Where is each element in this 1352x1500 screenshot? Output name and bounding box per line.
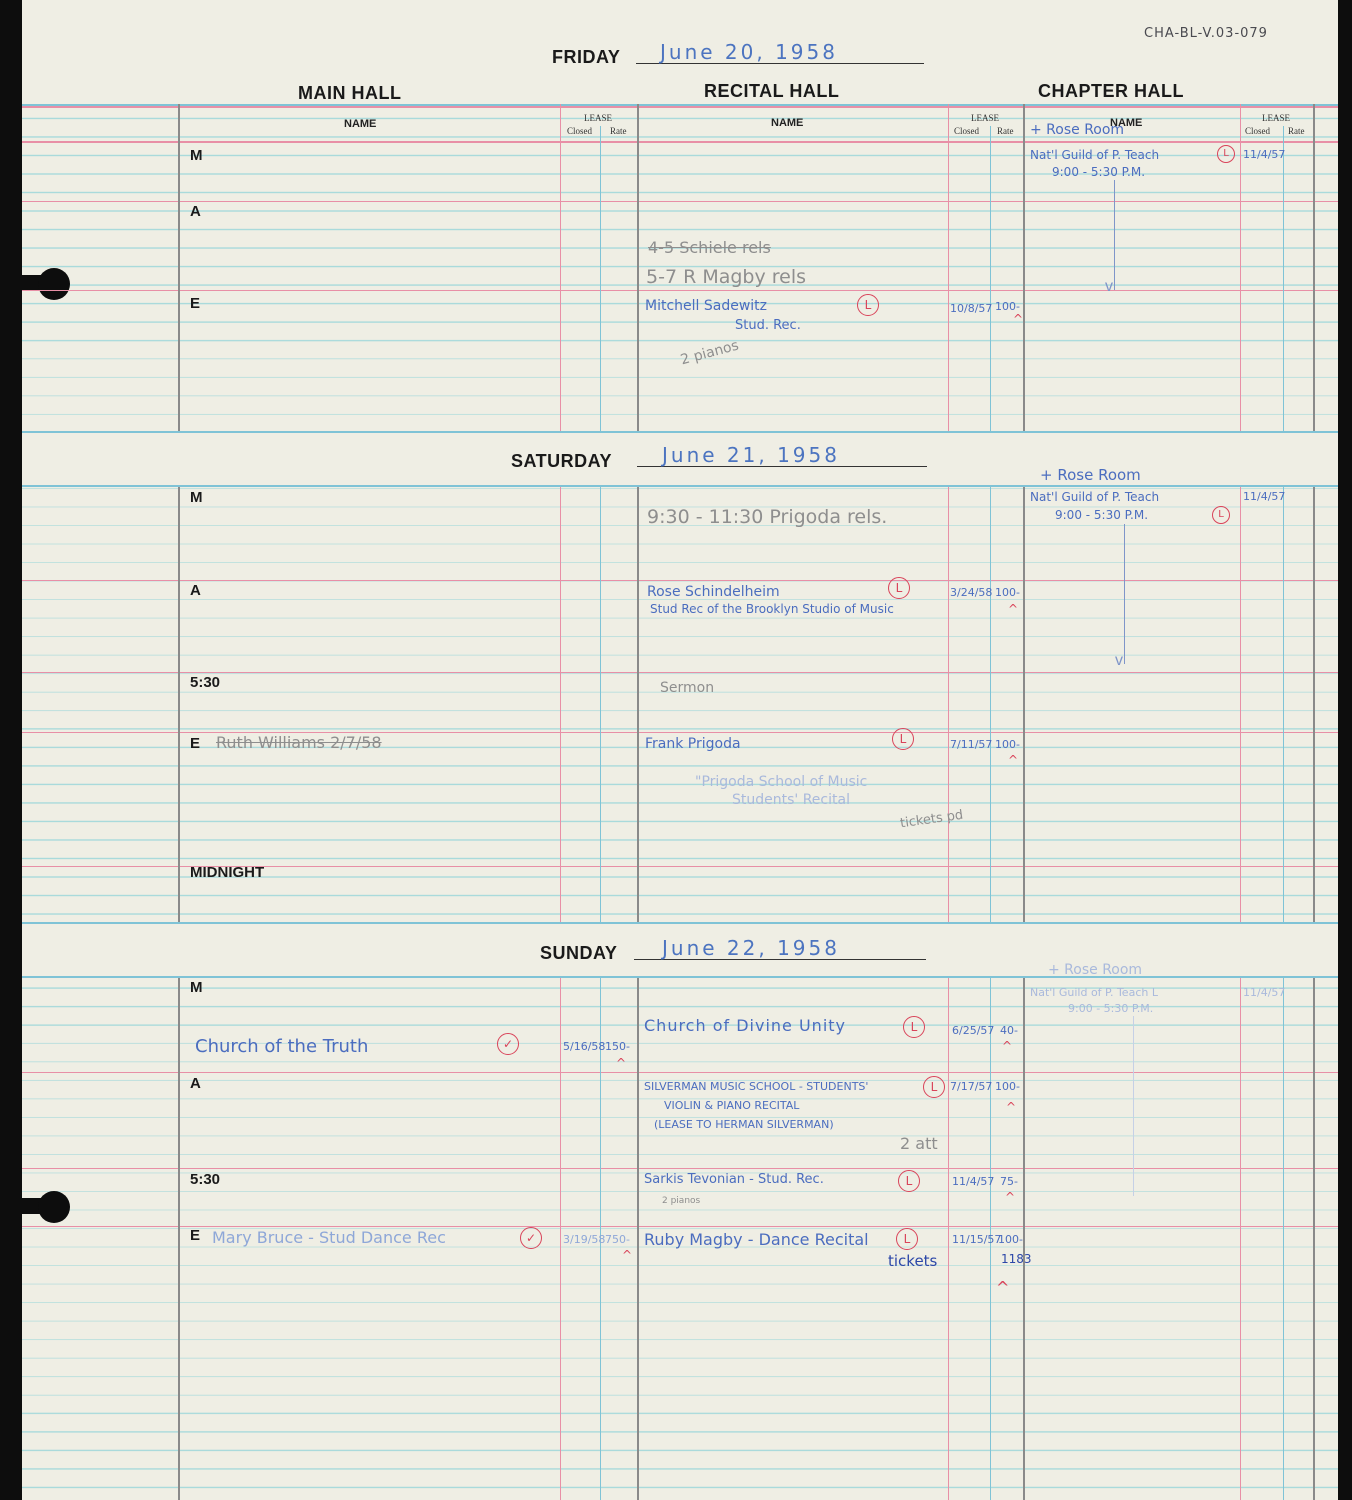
column-header-closed: Closed bbox=[1245, 126, 1270, 136]
time-label: MIDNIGHT bbox=[190, 864, 264, 881]
lease-closed: 11/4/57 bbox=[1243, 490, 1285, 503]
time-label: E bbox=[190, 295, 200, 312]
lease-closed: 7/17/57 bbox=[950, 1080, 992, 1093]
check-tick-icon: ^ bbox=[1008, 602, 1018, 616]
lease-closed: 11/15/57 bbox=[952, 1233, 1001, 1246]
booking-note: 2 pianos bbox=[662, 1196, 700, 1206]
time-label: 5:30 bbox=[190, 674, 220, 691]
lease-mark-icon: ✓ bbox=[520, 1227, 542, 1249]
booking-detail: Stud. Rec. bbox=[735, 318, 801, 333]
day-title-sunday: SUNDAY bbox=[540, 943, 617, 964]
booking-name: Ruby Magby - Dance Recital bbox=[644, 1230, 869, 1249]
column-header-lease: LEASE bbox=[971, 113, 999, 123]
time-label: E bbox=[190, 735, 200, 752]
booking-note: Ruth Williams 2/7/58 bbox=[216, 733, 382, 752]
time-label: E bbox=[190, 1227, 200, 1244]
date-friday: June 20, 1958 bbox=[660, 40, 838, 64]
hall-title-chapter: CHAPTER HALL bbox=[1038, 81, 1184, 102]
lease-rate: 750- bbox=[605, 1233, 630, 1246]
time-label: M bbox=[190, 147, 203, 164]
lease-closed: 11/4/57 bbox=[1243, 986, 1285, 999]
lease-rate: 100- bbox=[995, 1080, 1020, 1093]
check-tick-icon: ^ bbox=[1006, 1100, 1016, 1114]
rule bbox=[22, 106, 1338, 108]
lease-mark-icon: L bbox=[903, 1016, 925, 1038]
booking-note: 4-5 Schiele rels bbox=[648, 238, 771, 257]
time-label: A bbox=[190, 203, 201, 220]
lease-closed: 6/25/57 bbox=[952, 1024, 994, 1037]
lease-closed: 11/4/57 bbox=[1243, 148, 1285, 161]
booking-time: 9:00 - 5:30 P.M. bbox=[1055, 508, 1148, 522]
binder-hole-bottom bbox=[38, 1191, 70, 1223]
document-id: CHA-BL-V.03-079 bbox=[1144, 26, 1268, 41]
check-tick-icon: ^ bbox=[996, 1278, 1009, 1297]
lease-closed: 11/4/57 bbox=[952, 1175, 994, 1188]
hall-title-recital: RECITAL HALL bbox=[704, 81, 839, 102]
time-label: A bbox=[190, 582, 201, 599]
time-label: 5:30 bbox=[190, 1171, 220, 1188]
column-header-name: NAME bbox=[771, 117, 803, 129]
column-header-rate: Rate bbox=[1288, 126, 1305, 136]
lease-rate: 100- bbox=[998, 1233, 1023, 1246]
lease-mark-icon: L bbox=[857, 294, 879, 316]
booking-name: Church of the Truth bbox=[195, 1036, 368, 1057]
time-label: M bbox=[190, 979, 203, 996]
booking-detail: "Prigoda School of Music bbox=[695, 774, 867, 790]
lease-mark-icon: L bbox=[1212, 506, 1230, 524]
time-label: M bbox=[190, 489, 203, 506]
booking-name: Rose Schindelheim bbox=[647, 584, 780, 600]
booking-name: Mitchell Sadewitz bbox=[645, 298, 767, 314]
booking-note: Sermon bbox=[660, 680, 714, 696]
check-tick-icon: ^ bbox=[1005, 1190, 1015, 1204]
lease-closed: 3/24/58 bbox=[950, 586, 992, 599]
lease-closed: 10/8/57 bbox=[950, 302, 992, 315]
column-header-closed: Closed bbox=[567, 126, 592, 136]
column-header-lease: LEASE bbox=[584, 113, 612, 123]
lease-mark-icon: ✓ bbox=[497, 1033, 519, 1055]
hall-title-main: MAIN HALL bbox=[298, 83, 401, 104]
lease-rate: 100- bbox=[995, 586, 1020, 599]
check-tick-icon: ^ bbox=[616, 1056, 626, 1070]
arrow-down-icon: v bbox=[1115, 652, 1123, 670]
booking-name: Church of Divine Unity bbox=[644, 1016, 846, 1035]
booking-room: + Rose Room bbox=[1030, 122, 1124, 138]
continuation-arrow bbox=[1124, 524, 1125, 664]
booking-detail: (LEASE TO HERMAN SILVERMAN) bbox=[654, 1118, 834, 1131]
booking-room: + Rose Room bbox=[1040, 466, 1141, 484]
booking-note: 5-7 R Magby rels bbox=[646, 266, 806, 288]
booking-time: 9:00 - 5:30 P.M. bbox=[1052, 165, 1145, 179]
booking-name: Frank Prigoda bbox=[645, 736, 741, 752]
lease-closed: 3/19/58 bbox=[563, 1233, 605, 1246]
continuation-arrow bbox=[1133, 1016, 1134, 1196]
booking-detail: VIOLIN & PIANO RECITAL bbox=[664, 1099, 799, 1112]
lease-rate: 150- bbox=[605, 1040, 630, 1053]
date-saturday: June 21, 1958 bbox=[662, 443, 840, 467]
day-title-saturday: SATURDAY bbox=[511, 451, 612, 472]
booking-name: Mary Bruce - Stud Dance Rec bbox=[212, 1228, 446, 1247]
booking-name: Nat'l Guild of P. Teach bbox=[1030, 490, 1159, 504]
booking-note: 9:30 - 11:30 Prigoda rels. bbox=[647, 506, 887, 528]
check-tick-icon: ^ bbox=[1008, 753, 1018, 767]
check-tick-icon: ^ bbox=[1002, 1039, 1012, 1053]
booking-time: 9:00 - 5:30 P.M. bbox=[1068, 1002, 1153, 1015]
booking-note: 2 att bbox=[900, 1134, 938, 1153]
lease-mark-icon: L bbox=[896, 1228, 918, 1250]
booking-name: Nat'l Guild of P. Teach L bbox=[1030, 986, 1158, 999]
column-header-name: NAME bbox=[344, 118, 376, 130]
date-sunday: June 22, 1958 bbox=[662, 936, 840, 960]
rule bbox=[22, 485, 1338, 487]
column-header-closed: Closed bbox=[954, 126, 979, 136]
booking-detail: Students' Recital bbox=[732, 792, 850, 808]
booking-detail: Stud Rec of the Brooklyn Studio of Music bbox=[650, 602, 894, 616]
rule bbox=[22, 141, 1338, 143]
lease-mark-icon: L bbox=[892, 728, 914, 750]
time-label: A bbox=[190, 1075, 201, 1092]
column-header-lease: LEASE bbox=[1262, 113, 1290, 123]
booking-room: + Rose Room bbox=[1048, 962, 1142, 978]
column-header-rate: Rate bbox=[997, 126, 1014, 136]
scan-border bbox=[1338, 0, 1352, 1500]
check-tick-icon: ^ bbox=[1013, 312, 1023, 326]
lease-closed: 7/11/57 bbox=[950, 738, 992, 751]
lease-closed: 5/16/58 bbox=[563, 1040, 605, 1053]
lease-mark-icon: L bbox=[888, 577, 910, 599]
lease-mark-icon: L bbox=[923, 1076, 945, 1098]
lease-rate: 75- bbox=[1000, 1175, 1018, 1188]
booking-note: tickets bbox=[888, 1252, 937, 1270]
lease-mark-icon: L bbox=[1217, 145, 1235, 163]
lease-rate: 100- bbox=[995, 738, 1020, 751]
binder-hole-top bbox=[38, 268, 70, 300]
check-tick-icon: ^ bbox=[622, 1248, 632, 1262]
lease-rate: 40- bbox=[1000, 1024, 1018, 1037]
booking-name: Sarkis Tevonian - Stud. Rec. bbox=[644, 1172, 824, 1187]
continuation-arrow bbox=[1114, 180, 1115, 290]
column-header-rate: Rate bbox=[610, 126, 627, 136]
booking-note: 1183 bbox=[1001, 1252, 1032, 1266]
booking-name: Nat'l Guild of P. Teach bbox=[1030, 148, 1159, 162]
lease-mark-icon: L bbox=[898, 1170, 920, 1192]
day-title-friday: FRIDAY bbox=[552, 47, 620, 68]
arrow-down-icon: v bbox=[1105, 278, 1113, 296]
booking-name: SILVERMAN MUSIC SCHOOL - STUDENTS' bbox=[644, 1080, 868, 1093]
